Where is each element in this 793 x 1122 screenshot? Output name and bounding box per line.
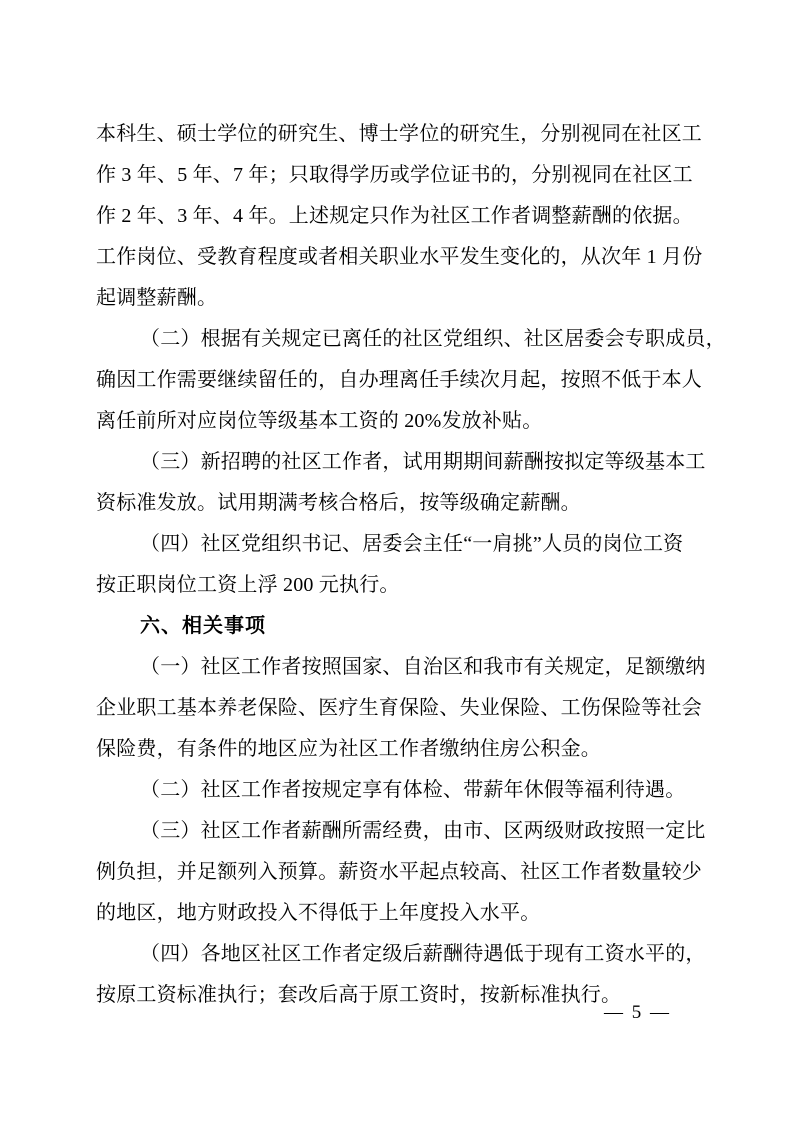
paragraph-item-4: （四）社区党组织书记、居委会主任“一肩挑”人员的岗位工资 按正职岗位工资上浮 2… bbox=[96, 524, 702, 606]
text-line: 按正职岗位工资上浮 200 元执行。 bbox=[96, 565, 702, 606]
text-line: 确因工作需要继续留任的，自办理离任手续次月起，按照不低于本人 bbox=[96, 360, 702, 401]
text-line: （一）社区工作者按照国家、自治区和我市有关规定，足额缴纳 bbox=[96, 647, 702, 688]
text-line: （二）社区工作者按规定享有体检、带薪年休假等福利待遇。 bbox=[96, 770, 702, 811]
document-body: 本科生、硕士学位的研究生、博士学位的研究生，分别视同在社区工 作 3 年、5 年… bbox=[96, 114, 702, 1016]
text-line: 离任前所对应岗位等级基本工资的 20%发放补贴。 bbox=[96, 401, 702, 442]
text-line: （四）各地区社区工作者定级后薪酬待遇低于现有工资水平的， bbox=[96, 934, 702, 975]
text-line: 保险费，有条件的地区应为社区工作者缴纳住房公积金。 bbox=[96, 729, 702, 770]
text-line: （三）社区工作者薪酬所需经费，由市、区两级财政按照一定比 bbox=[96, 811, 702, 852]
text-line: 例负担，并足额列入预算。薪资水平起点较高、社区工作者数量较少 bbox=[96, 852, 702, 893]
paragraph-item-3: （三）新招聘的社区工作者，试用期期间薪酬按拟定等级基本工 资标准发放。试用期满考… bbox=[96, 442, 702, 524]
text-line: 的地区，地方财政投入不得低于上年度投入水平。 bbox=[96, 893, 702, 934]
text-line: （四）社区党组织书记、居委会主任“一肩挑”人员的岗位工资 bbox=[96, 524, 702, 565]
text-line: （三）新招聘的社区工作者，试用期期间薪酬按拟定等级基本工 bbox=[96, 442, 702, 483]
section-item-2: （二）社区工作者按规定享有体检、带薪年休假等福利待遇。 bbox=[96, 770, 702, 811]
text-line: 资标准发放。试用期满考核合格后，按等级确定薪酬。 bbox=[96, 483, 702, 524]
section-item-3: （三）社区工作者薪酬所需经费，由市、区两级财政按照一定比 例负担，并足额列入预算… bbox=[96, 811, 702, 934]
text-line: 起调整薪酬。 bbox=[96, 278, 702, 319]
paragraph-item-2: （二）根据有关规定已离任的社区党组织、社区居委会专职成员， 确因工作需要继续留任… bbox=[96, 319, 702, 442]
text-line: 作 3 年、5 年、7 年；只取得学历或学位证书的，分别视同在社区工 bbox=[96, 155, 702, 196]
text-line: 本科生、硕士学位的研究生、博士学位的研究生，分别视同在社区工 bbox=[96, 114, 702, 155]
document-page: 本科生、硕士学位的研究生、博士学位的研究生，分别视同在社区工 作 3 年、5 年… bbox=[0, 0, 793, 1122]
section-heading: 六、相关事项 bbox=[96, 606, 702, 647]
section-item-1: （一）社区工作者按照国家、自治区和我市有关规定，足额缴纳 企业职工基本养老保险、… bbox=[96, 647, 702, 770]
text-line: 企业职工基本养老保险、医疗生育保险、失业保险、工伤保险等社会 bbox=[96, 688, 702, 729]
text-line: （二）根据有关规定已离任的社区党组织、社区居委会专职成员， bbox=[96, 319, 702, 360]
text-line: 工作岗位、受教育程度或者相关职业水平发生变化的，从次年 1 月份 bbox=[96, 237, 702, 278]
page-number: — 5 — bbox=[604, 1000, 671, 1026]
text-line: 作 2 年、3 年、4 年。上述规定只作为社区工作者调整薪酬的依据。 bbox=[96, 196, 702, 237]
paragraph-continuation: 本科生、硕士学位的研究生、博士学位的研究生，分别视同在社区工 作 3 年、5 年… bbox=[96, 114, 702, 319]
